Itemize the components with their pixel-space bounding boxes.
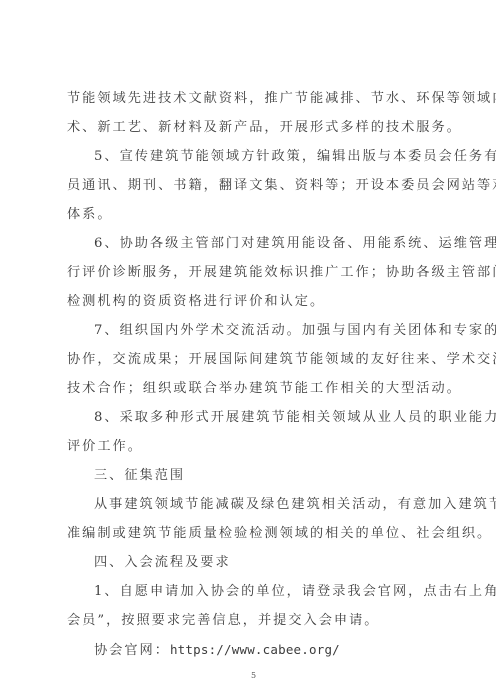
website-line: 协会官网：https://www.cabee.org/ <box>94 642 437 659</box>
text-line: 从事建筑领域节能减碳及绿色建筑相关活动，有意加入建筑节能标 <box>94 497 437 513</box>
section-4-heading: 四、入会流程及要求 <box>94 555 437 571</box>
text-line: 员通讯、期刊、书籍，翻译文集、资料等；开设本委员会网站等对外宣传 <box>67 178 437 194</box>
section-3-heading: 三、征集范围 <box>94 468 437 484</box>
item-6-heading: 6、协助各级主管部门对建筑用能设备、用能系统、运维管理体系进 <box>94 236 437 252</box>
item-1-heading: 1、自愿申请加入协会的单位，请登录我会官网，点击右上角“申请 <box>94 584 437 600</box>
text-line: 准编制或建筑节能质量检验检测领域的相关的单位、社会组织。 <box>67 526 437 542</box>
item-7-heading: 7、组织国内外学术交流活动。加强与国内有关团体和专家的联系与 <box>94 323 437 339</box>
text-line: 技术合作；组织或联合举办建筑节能工作相关的大型活动。 <box>67 381 437 397</box>
item-8-heading: 8、采取多种形式开展建筑节能相关领域从业人员的职业能力培训和 <box>94 410 437 426</box>
website-link[interactable]: https://www.cabee.org/ <box>170 642 340 657</box>
text-line: 会员”，按照要求完善信息，并提交入会申请。 <box>67 613 437 629</box>
website-label: 协会官网： <box>94 643 170 658</box>
text-line: 行评价诊断服务，开展建筑能效标识推广工作；协助各级主管部门对检验 <box>67 265 437 281</box>
text-line: 协作，交流成果；开展国际间建筑节能领域的友好往来、学术交流和经济 <box>67 352 437 368</box>
page-number: 5 <box>251 671 256 680</box>
text-line: 体系。 <box>67 207 437 223</box>
text-line: 节能领域先进技术文献资料，推广节能减排、节水、环保等领域内的新技 <box>67 91 437 107</box>
text-line: 术、新工艺、新材料及新产品，开展形式多样的技术服务。 <box>67 120 437 136</box>
item-5-heading: 5、宣传建筑节能领域方针政策，编辑出版与本委员会任务有关的会 <box>94 149 437 165</box>
document-page: 节能领域先进技术文献资料，推广节能减排、节水、环保等领域内的新技 术、新工艺、新… <box>0 0 496 700</box>
text-line: 检测机构的资质资格进行评价和认定。 <box>67 294 437 310</box>
text-line: 评价工作。 <box>67 439 437 455</box>
